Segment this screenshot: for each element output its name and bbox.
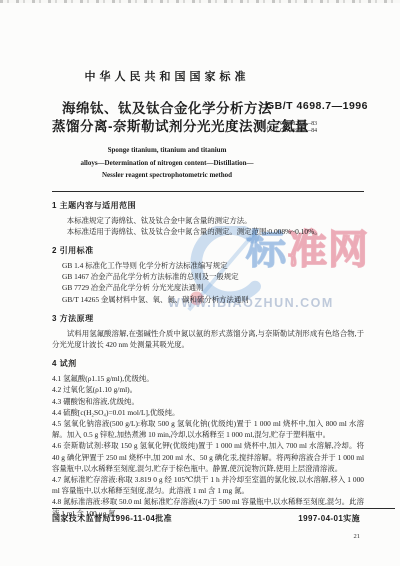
- title-line-2: 蒸馏分离-奈斯勒试剂分光光度法测定氮量: [52, 118, 282, 136]
- title-line-1: 海绵钛、钛及钛合金化学分析方法: [52, 100, 282, 118]
- document-footer: 国家技术监督局1996-11-04批准 1997-04-01实施 21: [0, 508, 400, 524]
- english-title-line: Nessler reagent spectrophotometric metho…: [52, 169, 282, 182]
- replaces-list: GB 3829.4—83 GB 4698.7—84: [280, 121, 317, 135]
- section-1-paragraph: 本标准适用于海绵钛、钛及钛合金中氮含量的测定。测定范围:0.008%~0.10%…: [52, 226, 364, 237]
- replaces-label: 代替: [266, 124, 278, 133]
- chinese-title: 海绵钛、钛及钛合金化学分析方法 蒸馏分离-奈斯勒试剂分光光度法测定氮量: [52, 100, 282, 135]
- section-1-heading: 1 主题内容与适用范围: [52, 200, 364, 211]
- approval-text: 国家技术监督局1996-11-04批准: [52, 513, 172, 524]
- clause-4-2: 4.2 过氧化氢(ρ1.10 g/ml)。: [52, 384, 364, 395]
- clause-4-3: 4.3 硼酸饱和溶液,优级纯。: [52, 396, 364, 407]
- section-3-heading: 3 方法原理: [52, 313, 364, 324]
- document-content: 中华人民共和国国家标准 海绵钛、钛及钛合金化学分析方法 蒸馏分离-奈斯勒试剂分光…: [0, 68, 400, 519]
- section-2-heading: 2 引用标准: [52, 245, 364, 256]
- reference-item: GB/T 14265 金属材料中氢、氧、氮、碳和硫分析方法通则: [62, 294, 364, 305]
- section-3-paragraph: 试料用氢氟酸溶解,在强碱性介质中氮以氨的形式蒸馏分离,与奈斯勒试剂形成有色络合物…: [52, 328, 364, 350]
- reference-item: GB 7729 冶金产品化学分析 分光光度法通则: [62, 282, 364, 293]
- english-title-line: alloys—Determination of nitrogen content…: [52, 157, 282, 170]
- footer-row: 国家技术监督局1996-11-04批准 1997-04-01实施: [52, 513, 360, 524]
- clause-4-6: 4.6 奈斯勒试剂:移取 150 g 氢氧化钾(优级纯)置于 1 000 ml …: [52, 440, 364, 474]
- clause-4-4: 4.4 硫酸[c(H₂SO₄)=0.01 mol/L],优级纯。: [52, 407, 364, 418]
- replaces-block: 代替 GB 3829.4—83 GB 4698.7—84: [266, 121, 368, 135]
- document-page: 标准网 WWW.IBIAOZHUN.COM 中华人民共和国国家标准 海绵钛、钛及…: [0, 0, 400, 566]
- reference-item: GB 1467 冶金产品化学分析方法标准的总则及一般规定: [62, 271, 364, 282]
- replaces-item: GB 4698.7—84: [280, 128, 317, 135]
- clause-4-7: 4.7 氮标准贮存溶液:称取 3.819 0 g 经 105℃烘干 1 h 并冷…: [52, 474, 364, 496]
- reference-item: GB 1.4 标准化工作导则 化学分析方法标准编写规定: [62, 260, 364, 271]
- clause-4-5: 4.5 氢氧化钠溶液(500 g/L):称取 500 g 氢氧化钠(优级纯)置于…: [52, 418, 364, 440]
- standard-number: GB/T 4698.7—1996: [266, 100, 368, 112]
- replaces-item: GB 3829.4—83: [280, 121, 317, 128]
- english-title-line: Sponge titanium, titanium and titanium: [52, 144, 282, 157]
- english-title: Sponge titanium, titanium and titanium a…: [52, 144, 282, 182]
- scan-noise-edge: [0, 0, 400, 3]
- clause-4-1: 4.1 氢氟酸(ρ1.15 g/ml),优级纯。: [52, 373, 364, 384]
- footer-divider: [52, 508, 395, 509]
- header-divider: [52, 191, 364, 192]
- national-standard-header: 中华人民共和国国家标准: [52, 68, 282, 84]
- implementation-date: 1997-04-01实施: [298, 513, 360, 524]
- section-1-paragraph: 本标准规定了海绵钛、钛及钛合金中氮含量的测定方法。: [52, 215, 364, 226]
- title-row: 海绵钛、钛及钛合金化学分析方法 蒸馏分离-奈斯勒试剂分光光度法测定氮量 GB/T…: [52, 100, 364, 135]
- standard-number-block: GB/T 4698.7—1996 代替 GB 3829.4—83 GB 4698…: [266, 100, 368, 135]
- section-4-heading: 4 试剂: [52, 358, 364, 369]
- page-number: 21: [354, 533, 361, 540]
